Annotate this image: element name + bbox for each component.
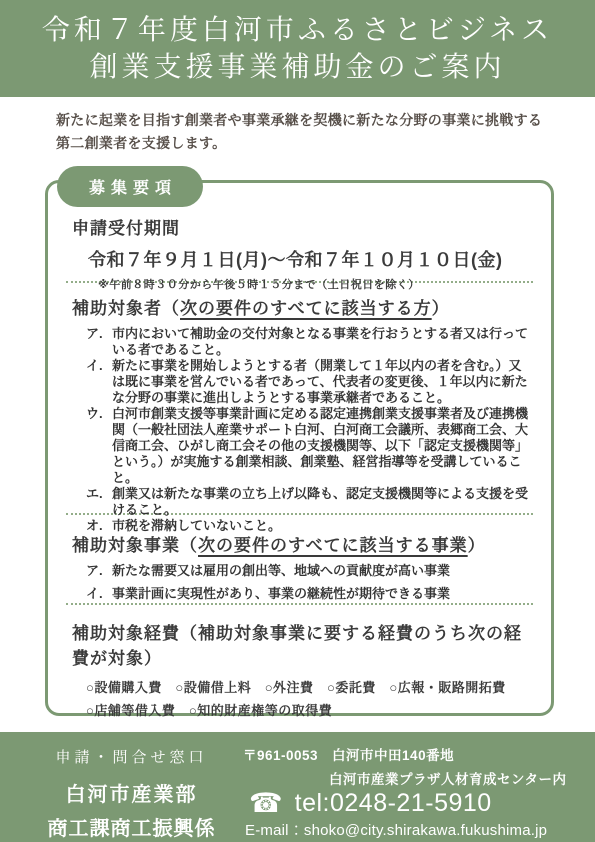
paren-open: （ xyxy=(180,536,198,555)
item-text: 事業計画に実現性があり、事業の継続性が期待できる事業 xyxy=(112,586,533,602)
eligible-business-heading-text: 補助対象事業 xyxy=(72,536,180,555)
requirement-item: エ.創業又は新たな事業の立ち上げ以降も、認定支援機関等による支援を受けること。 xyxy=(86,486,533,518)
eligible-expenses-heading-text: 補助対象経費 xyxy=(72,624,180,643)
guidelines-box-wrap: 募集要項 申請受付期間 令和７年９月１日(月)～令和７年１０月１０日(金) ※午… xyxy=(45,180,554,716)
intro-line2: 第二創業者を支援します。 xyxy=(56,135,226,151)
expense-items-line2: ○店舗等借入費 ○知的財産権等の取得費 xyxy=(86,700,533,719)
eligible-expenses-heading: 補助対象経費（補助対象事業に要する経費のうち次の経費が対象） xyxy=(72,619,533,669)
requirement-item: ウ.白河市創業支援等事業計画に定める認定連携創業支援事業者及び連携機関（一般社団… xyxy=(86,406,533,486)
page-title-line2: 創業支援事業補助金のご案内 xyxy=(89,49,505,86)
requirement-item: イ.新たに事業を開始しようとする者（開業して１年以内の者を含む。）又は既に事業を… xyxy=(86,358,533,406)
item-text: 新たに事業を開始しようとする者（開業して１年以内の者を含む。）又は既に事業を営ん… xyxy=(112,358,533,406)
footer-department-block: 申請・問合せ窓口 白河市産業部 商工課商工振興係 xyxy=(24,744,239,842)
postal-address: 〒961-0053 白河市中田140番地 xyxy=(243,744,581,764)
flyer-page: 令和７年度白河市ふるさとビジネス 創業支援事業補助金のご案内 新たに起業を目指す… xyxy=(0,0,595,842)
application-period-heading: 申請受付期間 xyxy=(72,214,533,239)
application-period-dates: 令和７年９月１日(月)～令和７年１０月１０日(金) xyxy=(88,246,533,272)
item-text: 白河市創業支援等事業計画に定める認定連携創業支援事業者及び連携機関（一般社団法人… xyxy=(112,406,533,486)
guidelines-box: 申請受付期間 令和７年９月１日(月)～令和７年１０月１０日(金) ※午前８時３０… xyxy=(45,180,554,716)
paren-open: （ xyxy=(162,299,180,318)
eligible-persons-heading: 補助対象者（次の要件のすべてに該当する方） xyxy=(72,294,533,319)
item-marker: エ. xyxy=(86,486,112,518)
eligible-persons-heading-underlined: 次の要件のすべてに該当する方 xyxy=(180,299,432,318)
item-marker: ア. xyxy=(86,563,112,579)
item-marker: ア. xyxy=(86,326,112,358)
requirement-item: ア.市内において補助金の交付対象となる事業を行おうとする者又は行っている者である… xyxy=(86,326,533,358)
eligible-persons-heading-text: 補助対象者 xyxy=(72,299,162,318)
section-eligible-persons: 補助対象者（次の要件のすべてに該当する方） ア.市内において補助金の交付対象とな… xyxy=(66,283,533,515)
footer-contact-details: 〒961-0053 白河市中田140番地 白河市産業プラザ人材育成センター内 ☎… xyxy=(239,744,581,842)
requirement-item: イ.事業計画に実現性があり、事業の継続性が期待できる事業 xyxy=(86,586,533,602)
intro-line1: 新たに起業を目指す創業者や事業承継を契機に新たな分野の事業に挑戦する xyxy=(56,112,542,128)
intro-text: 新たに起業を目指す創業者や事業承継を契機に新たな分野の事業に挑戦する 第二創業者… xyxy=(56,109,557,154)
item-text: 市内において補助金の交付対象となる事業を行おうとする者又は行っている者であること… xyxy=(112,326,533,358)
department-name-line2: 商工課商工振興係 xyxy=(24,812,239,841)
paren-close: ） xyxy=(432,299,450,318)
eligible-persons-list: ア.市内において補助金の交付対象となる事業を行おうとする者又は行っている者である… xyxy=(86,326,533,534)
contact-window-label: 申請・問合せ窓口 xyxy=(24,746,239,767)
telephone-icon: ☎ xyxy=(249,790,283,817)
eligible-business-heading: 補助対象事業（次の要件のすべてに該当する事業） xyxy=(72,531,533,556)
header-banner: 令和７年度白河市ふるさとビジネス 創業支援事業補助金のご案内 xyxy=(0,0,595,97)
telephone-row: ☎ tel:0248-21-5910 xyxy=(249,789,581,818)
address-line2: 白河市産業プラザ人材育成センター内 xyxy=(329,768,581,788)
department-name-line1: 白河市産業部 xyxy=(24,778,239,807)
item-text: 創業又は新たな事業の立ち上げ以降も、認定支援機関等による支援を受けること。 xyxy=(112,486,533,518)
item-marker: イ. xyxy=(86,586,112,602)
item-text: 新たな需要又は雇用の創出等、地域への貢献度が高い事業 xyxy=(112,563,533,579)
footer-contact-bar: 申請・問合せ窓口 白河市産業部 商工課商工振興係 〒961-0053 白河市中田… xyxy=(0,732,595,842)
recruitment-guidelines-badge: 募集要項 xyxy=(57,166,203,207)
eligible-business-heading-underlined: 次の要件のすべてに該当する事業 xyxy=(198,536,468,555)
email-address: E-mail：shoko@city.shirakawa.fukushima.jp xyxy=(245,819,581,840)
paren-close: ） xyxy=(468,536,486,555)
item-marker: ウ. xyxy=(86,406,112,486)
item-marker: イ. xyxy=(86,358,112,406)
telephone-number: tel:0248-21-5910 xyxy=(295,789,492,818)
eligible-business-list: ア.新たな需要又は雇用の創出等、地域への貢献度が高い事業 イ.事業計画に実現性が… xyxy=(86,563,533,602)
requirement-item: ア.新たな需要又は雇用の創出等、地域への貢献度が高い事業 xyxy=(86,563,533,579)
page-title-line1: 令和７年度白河市ふるさとビジネス xyxy=(42,12,553,49)
section-eligible-expenses: 補助対象経費（補助対象事業に要する経費のうち次の経費が対象） ○設備購入費 ○設… xyxy=(66,605,533,713)
expense-items-line1: ○設備購入費 ○設備借上料 ○外注費 ○委託費 ○広報・販路開拓費 xyxy=(86,677,533,696)
